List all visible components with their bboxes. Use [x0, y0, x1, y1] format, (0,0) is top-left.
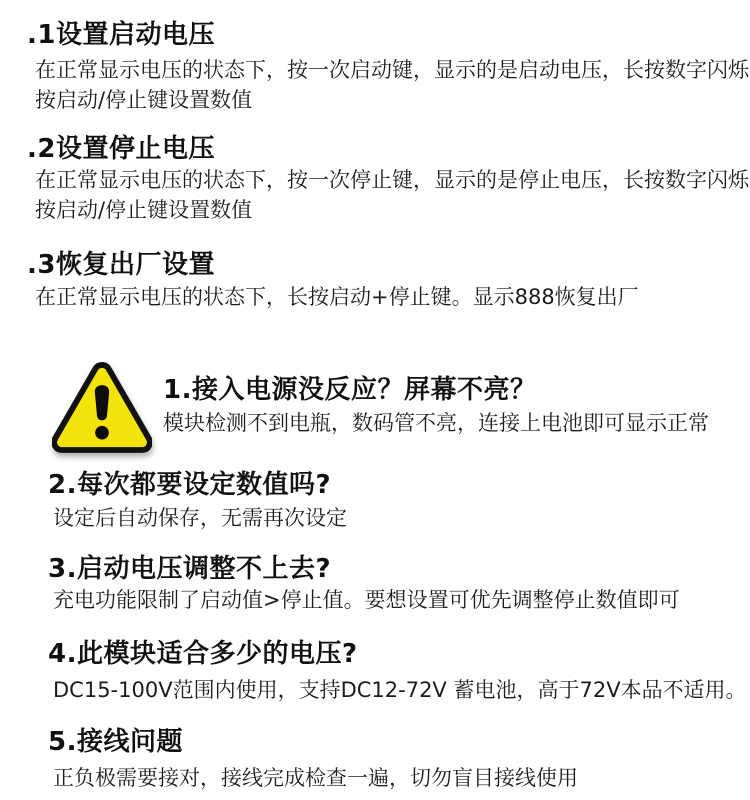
guide-section-text-line: 在正常显示电压的状态下，按一次停止键，显示的是停止电压，长按数字闪烁: [35, 165, 749, 195]
guide-section-text-line: 按启动/停止键设置数值: [35, 195, 252, 225]
warning-triangle-icon: [52, 354, 152, 458]
faq-answer: 设定后自动保存，无需再次设定: [53, 503, 347, 533]
faq-question: 3.启动电压调整不上去?: [48, 554, 331, 584]
guide-section-text-line: 在正常显示电压的状态下，按一次启动键，显示的是启动电压，长按数字闪烁: [35, 55, 749, 85]
guide-section-title: .1设置启动电压: [27, 20, 215, 50]
faq-answer: 模块检测不到电瓶，数码管不亮，连接上电池即可显示正常: [163, 408, 709, 438]
instruction-page: .1设置启动电压 在正常显示电压的状态下，按一次启动键，显示的是启动电压，长按数…: [0, 0, 750, 800]
faq-question: 5.接线问题: [48, 727, 183, 757]
guide-section-title: .2设置停止电压: [27, 134, 215, 164]
faq-question: 1.接入电源没反应？屏幕不亮？: [163, 375, 536, 405]
faq-question: 4.此模块适合多少的电压?: [48, 639, 358, 669]
guide-section-text-line: 在正常显示电压的状态下，长按启动+停止键。显示888恢复出厂: [35, 282, 639, 312]
faq-answer: DC15-100V范围内使用，支持DC12-72V 蓄电池，高于72V本品不适用…: [53, 675, 747, 705]
guide-section-text-line: 按启动/停止键设置数值: [35, 85, 252, 115]
faq-answer: 充电功能限制了启动值>停止值。要想设置可优先调整停止数值即可: [53, 585, 680, 615]
faq-question: 2.每次都要设定数值吗?: [48, 470, 331, 500]
faq-answer: 正负极需要接对，接线完成检查一遍，切勿盲目接线使用: [53, 763, 578, 793]
guide-section-title: .3恢复出厂设置: [27, 250, 215, 280]
